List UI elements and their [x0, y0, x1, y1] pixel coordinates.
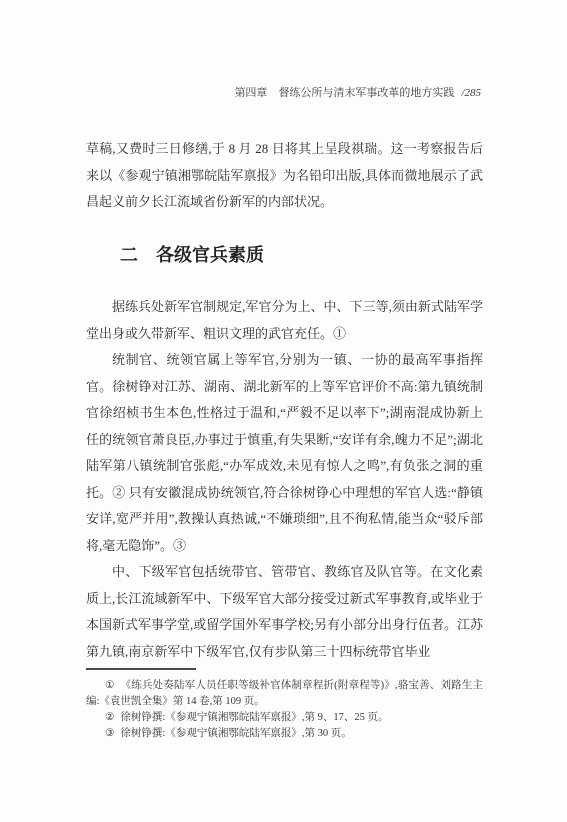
paragraph-continuation: 草稿,又费时三日修缮,于 8 月 28 日将其上呈段祺瑞。这一考察报告后来以《参…	[86, 136, 483, 216]
book-page: 第四章督练公所与清末军事改革的地方实践/285 草稿,又费时三日修缮,于 8 月…	[0, 0, 567, 822]
footnote-3-text: 徐树铮撰:《参观宁镇湘鄂皖陆军禀报》,第 30 页。	[120, 728, 351, 739]
chapter-title: 督练公所与清末军事改革的地方实践	[278, 87, 454, 99]
footnote-2-marker: ②	[105, 712, 114, 723]
footnote-3: ③徐树铮撰:《参观宁镇湘鄂皖陆军禀报》,第 30 页。	[86, 726, 483, 742]
running-header: 第四章督练公所与清末军事改革的地方实践/285	[86, 86, 481, 100]
paragraph-senior-officers: 统制官、统领官属上等军官,分别为一镇、一协的最高军事指挥官。徐树铮对江苏、湖南、…	[86, 347, 483, 559]
chapter-label: 第四章	[234, 87, 267, 99]
footnote-1-text: 《练兵处奏陆军人员任职等级补官体制章程折(附章程等)》,骆宝善、刘路生主编:《袁…	[86, 680, 483, 707]
section-number: 二	[120, 245, 138, 265]
footnote-2: ②徐树铮撰:《参观宁镇湘鄂皖陆军禀报》,第 9、17、25 页。	[86, 710, 483, 726]
paragraph-junior-officers: 中、下级军官包括统带官、管带官、教练官及队官等。在文化素质上,长江流域新军中、下…	[86, 559, 483, 665]
footnotes-block: ①《练兵处奏陆军人员任职等级补官体制章程折(附章程等)》,骆宝善、刘路生主编:《…	[86, 678, 483, 742]
footnote-1-marker: ①	[105, 680, 115, 691]
section-heading: 二各级官兵素质	[120, 242, 264, 268]
footnote-3-marker: ③	[105, 728, 114, 739]
paragraph-officer-system: 据练兵处新军官制规定,军官分为上、中、下三等,须由新式陆军学堂出身或久带新军、粗…	[86, 294, 483, 347]
footnote-1: ①《练兵处奏陆军人员任职等级补官体制章程折(附章程等)》,骆宝善、刘路生主编:《…	[86, 678, 483, 710]
page-number: /285	[461, 87, 481, 99]
footnote-2-text: 徐树铮撰:《参观宁镇湘鄂皖陆军禀报》,第 9、17、25 页。	[120, 712, 388, 723]
section-title: 各级官兵素质	[156, 245, 264, 265]
footnote-divider	[86, 668, 196, 670]
